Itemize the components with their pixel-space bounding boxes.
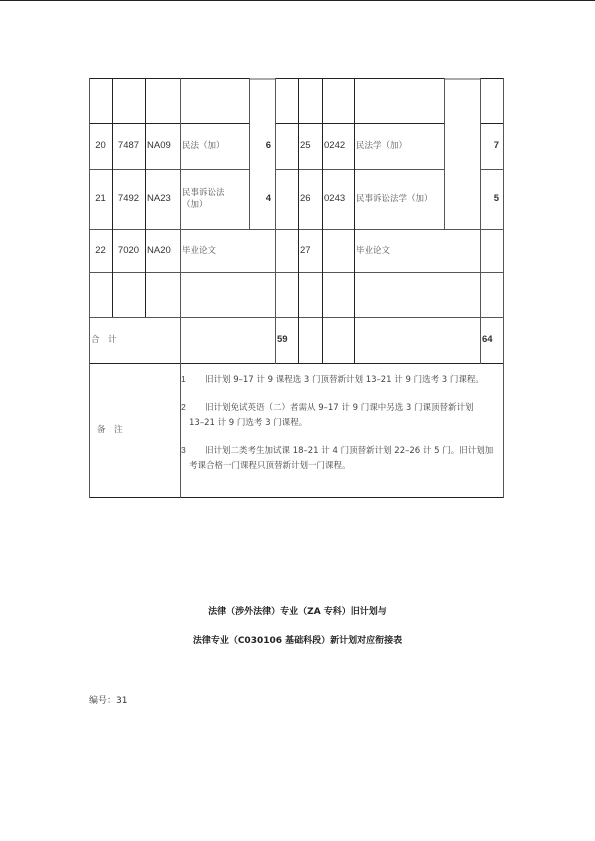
old-code-cell: 7487 bbox=[112, 123, 145, 169]
total-label: 合 计 bbox=[89, 317, 180, 363]
old-course-name-line2: （加） bbox=[182, 199, 208, 211]
remarks-label: 备 注 bbox=[89, 363, 180, 497]
new-credits-cell: 5 bbox=[480, 169, 503, 229]
total-new-credits: 64 bbox=[480, 317, 503, 363]
serial-number: 编号：31 bbox=[89, 693, 127, 706]
remark-text: 旧计划免试英语（二）者需从 9–17 计 9 门课中另选 3 门课顶替新计划 bbox=[205, 403, 474, 413]
old-course-name-cell: 民法（加） bbox=[180, 123, 249, 169]
new-credits-cell: 7 bbox=[480, 123, 503, 169]
remark-number: 2 bbox=[181, 400, 205, 415]
row-line bbox=[249, 78, 275, 80]
remark-text-continued: 考课合格一门课程只顶替新计划一门课程。 bbox=[181, 459, 501, 474]
old-credits-cell: 4 bbox=[249, 169, 275, 229]
new-no-cell: 25 bbox=[298, 123, 322, 169]
old-no-cell: 22 bbox=[89, 229, 112, 272]
new-no-cell: 26 bbox=[298, 169, 322, 229]
old-course-name-cell: 民事诉讼法 （加） bbox=[180, 169, 249, 229]
old-no-cell: 20 bbox=[89, 123, 112, 169]
old-course-name-cell: 毕业论文 bbox=[180, 229, 275, 272]
remark-number: 3 bbox=[181, 443, 205, 458]
old-course-code-cell: NA20 bbox=[145, 229, 180, 272]
remark-item: 1旧计划 9–17 计 9 课程选 3 门顶替新计划 13–21 计 9 门选考… bbox=[181, 372, 501, 388]
old-course-name-line1: 民事诉讼法 bbox=[182, 187, 225, 199]
old-course-code-cell: NA23 bbox=[145, 169, 180, 229]
remark-text: 旧计划二类考生加试课 18–21 计 4 门顶替新计划 22–26 计 5 门。… bbox=[205, 446, 493, 456]
row-line bbox=[275, 78, 445, 79]
col-line bbox=[444, 78, 445, 229]
new-no-cell: 27 bbox=[298, 229, 322, 272]
row-line bbox=[89, 272, 504, 273]
remarks-content: 1旧计划 9–17 计 9 课程选 3 门顶替新计划 13–21 计 9 门选考… bbox=[181, 372, 501, 486]
row-line bbox=[89, 78, 250, 79]
page-top-border bbox=[0, 0, 595, 1]
old-code-cell: 7492 bbox=[112, 169, 145, 229]
old-code-cell: 7020 bbox=[112, 229, 145, 272]
heading-line1: 法律（涉外法律）专业（ZA 专科）旧计划与 bbox=[0, 604, 595, 617]
row-line bbox=[480, 78, 504, 79]
new-code-cell: 0243 bbox=[322, 169, 354, 229]
col-line bbox=[503, 78, 504, 498]
new-course-name-cell: 民事诉讼法学（加） bbox=[354, 169, 444, 229]
old-course-code-cell: NA09 bbox=[145, 123, 180, 169]
row-line bbox=[444, 78, 480, 80]
row-line bbox=[89, 497, 504, 498]
total-old-credits: 59 bbox=[275, 317, 298, 363]
remark-number: 1 bbox=[181, 372, 205, 387]
remark-text: 旧计划 9–17 计 9 课程选 3 门顶替新计划 13–21 计 9 门选考 … bbox=[205, 375, 484, 385]
new-code-cell: 0242 bbox=[322, 123, 354, 169]
remark-item: 3旧计划二类考生加试课 18–21 计 4 门顶替新计划 22–26 计 5 门… bbox=[181, 443, 501, 474]
old-no-cell: 21 bbox=[89, 169, 112, 229]
old-credits-cell: 6 bbox=[249, 123, 275, 169]
new-course-name-cell: 毕业论文 bbox=[354, 229, 480, 272]
heading-line2: 法律专业（C030106 基础科段）新计划对应衔接表 bbox=[0, 633, 595, 646]
new-course-name-cell: 民法学（加） bbox=[354, 123, 444, 169]
remark-text-continued: 13–21 计 9 门选考 3 门课程。 bbox=[181, 416, 501, 431]
remark-item: 2旧计划免试英语（二）者需从 9–17 计 9 门课中另选 3 门课顶替新计划 … bbox=[181, 400, 501, 431]
